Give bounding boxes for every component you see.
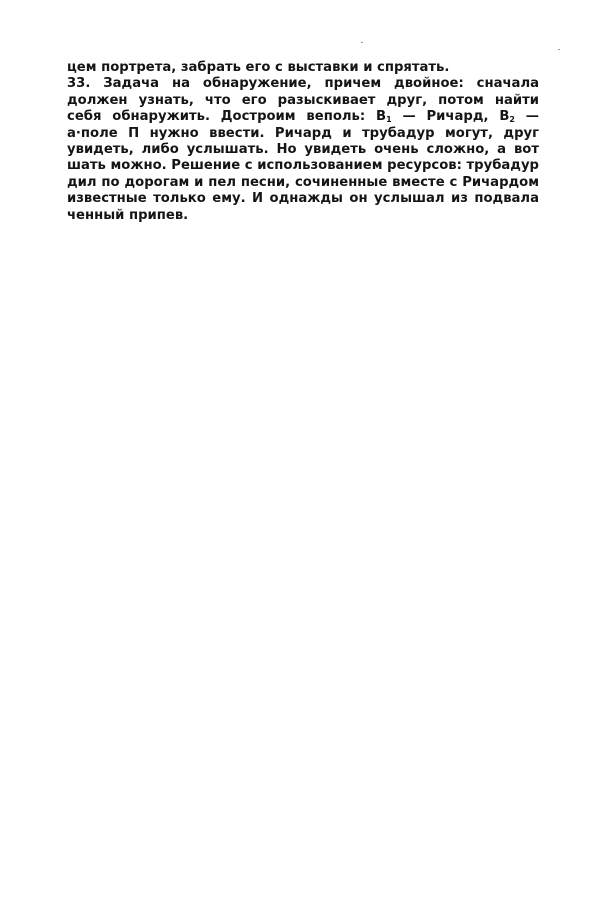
text-line: должен узнать, что его разыскивает друг,…	[67, 93, 539, 109]
text-line: известные только ему. И однажды он услыш…	[67, 191, 539, 207]
text-line-with-subscripts: себя обнаружить. Достроим веполь: В1 — Р…	[67, 109, 539, 125]
text-line: 33. Задача на обнаружение, причем двойно…	[67, 76, 539, 92]
scan-speck	[361, 42, 363, 43]
scan-speck	[558, 49, 560, 50]
text-line: дил по дорогам и пел песни, сочиненные в…	[67, 175, 539, 191]
text-fragment: себя обнаружить. Достроим веполь: В	[67, 109, 386, 124]
text-line: увидеть, либо услышать. Но увидеть очень…	[67, 142, 539, 158]
text-line: а·поле П нужно ввести. Ричард и трубадур…	[67, 126, 539, 142]
text-line: ченный припев.	[67, 208, 539, 224]
document-page: цем портрета, забрать его с выставки и с…	[0, 0, 600, 900]
text-line: цем портрета, забрать его с выставки и с…	[67, 60, 539, 76]
text-fragment: — Ричард, В	[392, 109, 510, 124]
body-text: цем портрета, забрать его с выставки и с…	[67, 60, 539, 224]
text-line: шать можно. Решение с использованием рес…	[67, 158, 539, 174]
